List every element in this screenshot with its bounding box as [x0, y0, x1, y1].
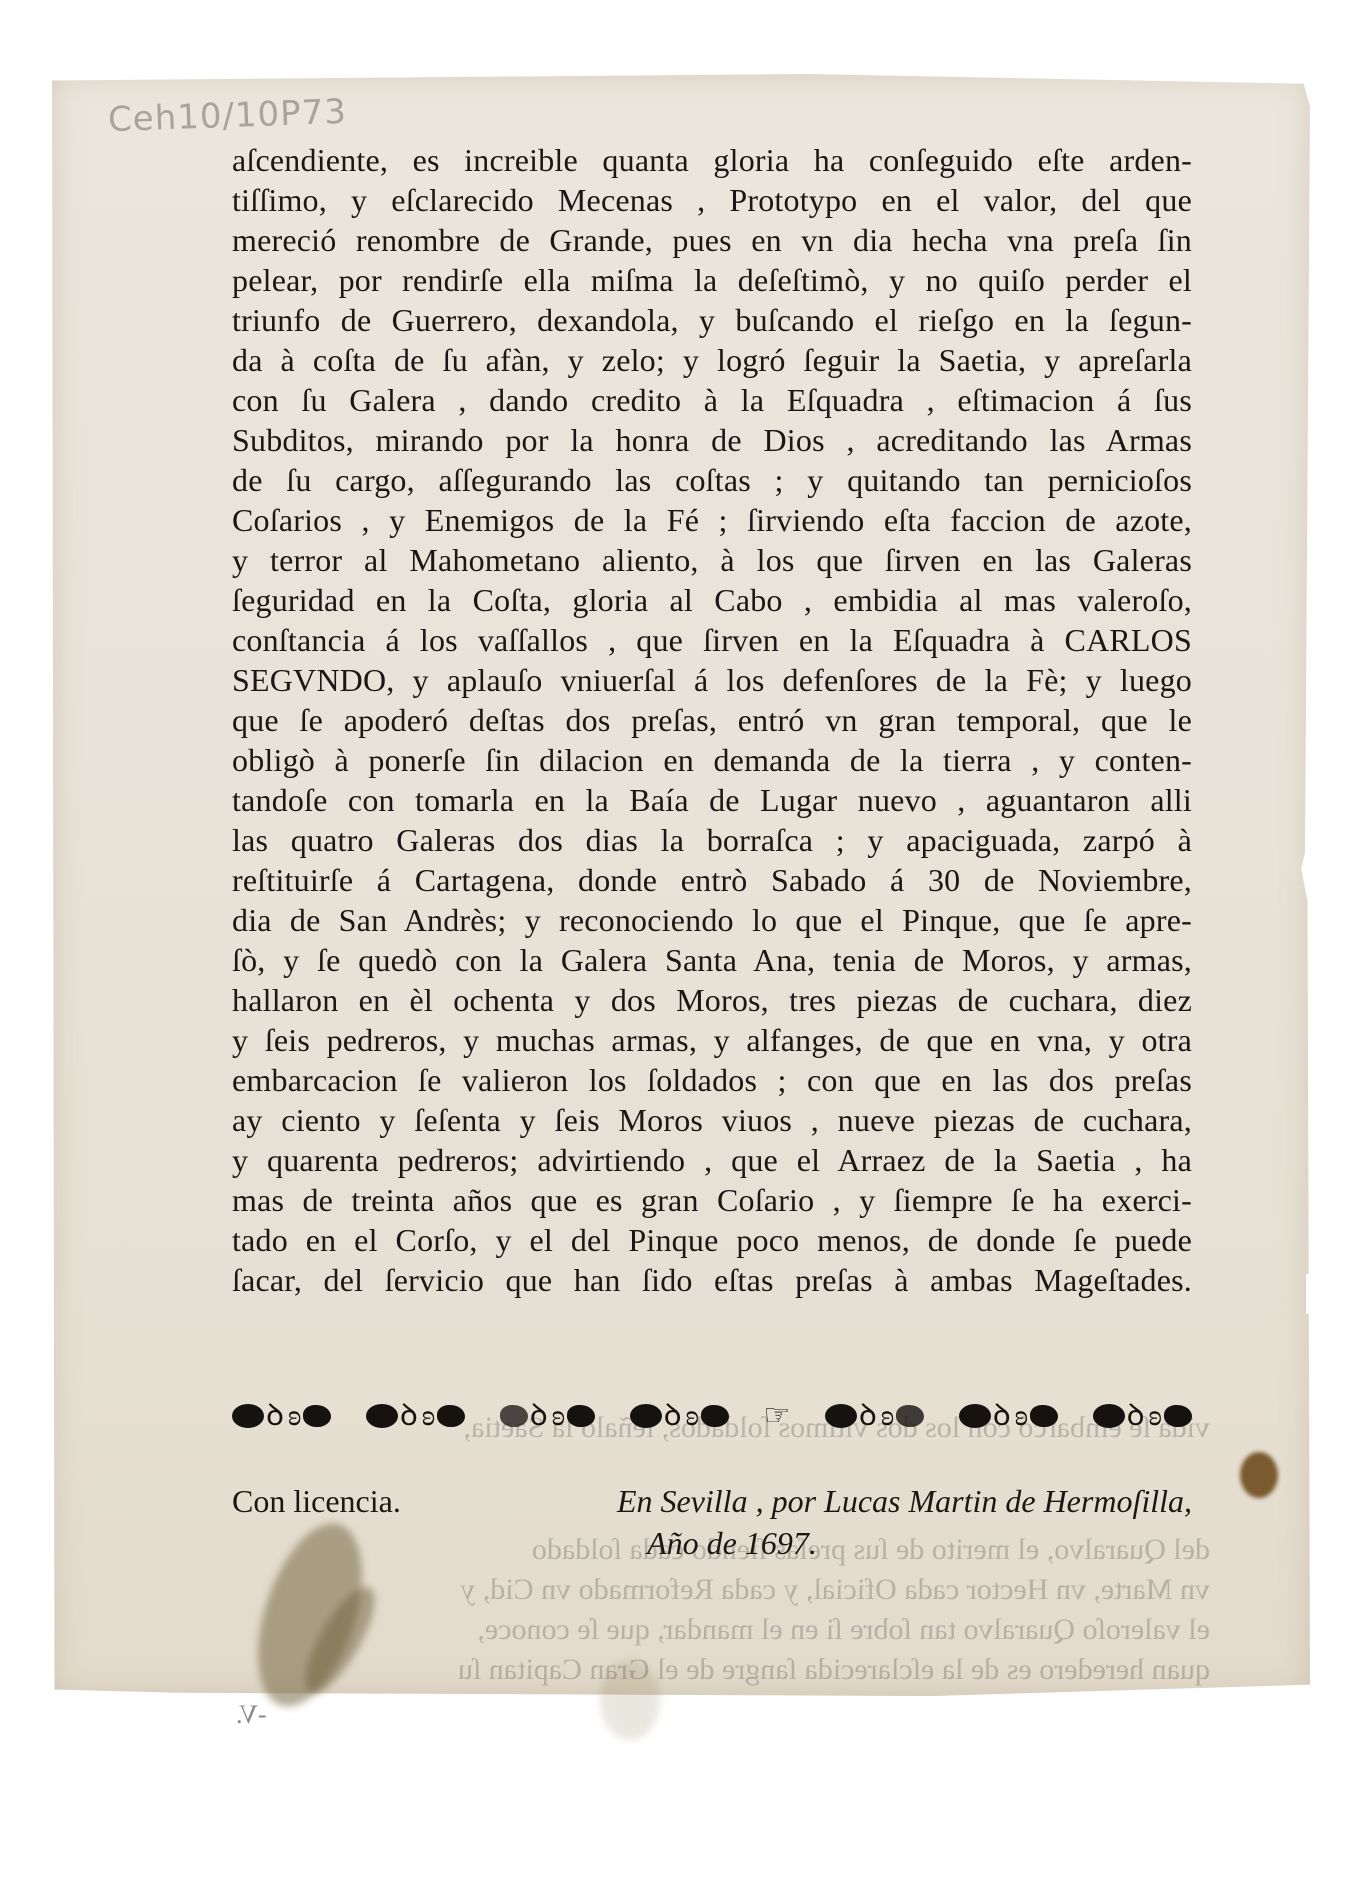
text-line: que ſe apoderó deſtas dos preſas, entró … [232, 700, 1192, 740]
imprint-year: Año de 1697. [232, 1522, 1192, 1564]
pointing-hand-icon: ☞ [763, 1401, 790, 1431]
text-line: las quatro Galeras dos dias la borraſca … [232, 820, 1192, 860]
fleuron-border: ꝺʚ ꝺʚ ꝺʚ ꝺʚ ☞ ꝺʚ ꝺʚ ꝺʚ [232, 1398, 1192, 1434]
text-line: tiſſimo, y eſclarecido Mecenas , Prototy… [232, 180, 1192, 220]
text-line: ay ciento y ſeſenta y ſeis Moros viuos ,… [232, 1100, 1192, 1140]
licence-statement: Con licencia. [232, 1480, 401, 1522]
text-line: ſeguridad en la Coſta, gloria al Cabo , … [232, 580, 1192, 620]
show-through-line: el valeroſo Quaralvo tan ſobre ſi en el … [230, 1610, 1210, 1650]
text-line: aſcendiente, es increible quanta gloria … [232, 140, 1192, 180]
text-line: conſtancia á los vaſſallos , que ſirven … [232, 620, 1192, 660]
fleuron-ornament: ꝺʚ [630, 1401, 729, 1431]
text-line: hallaron en èl ochenta y dos Moros, tres… [232, 980, 1192, 1020]
text-line: tado en el Corſo, y el del Pinque poco m… [232, 1220, 1192, 1260]
text-line: reſtituirſe á Cartagena, donde entrò Sab… [232, 860, 1192, 900]
text-line: embarcacion ſe valieron los ſoldados ; c… [232, 1060, 1192, 1100]
text-line: dia de San Andrès; y reconociendo lo que… [232, 900, 1192, 940]
imprint: Con licencia. En Sevilla , por Lucas Mar… [232, 1480, 1192, 1564]
ink-blot [1240, 1452, 1278, 1498]
edge-tear [1306, 1274, 1314, 1314]
text-line: y quarenta pedreros; advirtiendo , que e… [232, 1140, 1192, 1180]
text-line: y terror al Mahometano aliento, à los qu… [232, 540, 1192, 580]
fleuron-ornament: ꝺʚ [232, 1401, 331, 1431]
fleuron-ornament: ꝺʚ [500, 1401, 595, 1431]
fleuron-ornament: ꝺʚ [366, 1401, 465, 1431]
text-line: Coſarios , y Enemigos de la Fé ; ſirvien… [232, 500, 1192, 540]
show-through-line: vn Marte, vn Hector cada Oficial, y cada… [230, 1570, 1210, 1610]
text-line: Subditos, mirando por la honra de Dios ,… [232, 420, 1192, 460]
show-through-line: quan heredero es de la eſclarecida ſangr… [230, 1650, 1210, 1690]
text-line: triunfo de Guerrero, dexandola, y buſcan… [232, 300, 1192, 340]
fleuron-ornament: ꝺʚ [825, 1401, 924, 1431]
text-line: con ſu Galera , dando credito à la Eſqua… [232, 380, 1192, 420]
text-line: ſacar, del ſervicio que han ſido eſtas p… [232, 1260, 1192, 1300]
accession-mark: Ceh10/10P73 [107, 92, 347, 140]
body-text: aſcendiente, es increible quanta gloria … [232, 140, 1192, 1300]
text-line: pelear, por rendirſe ella miſma la deſeſ… [232, 260, 1192, 300]
catchword-mirror: -V. [236, 1700, 267, 1730]
text-line: y ſeis pedreros, y muchas armas, y alfan… [232, 1020, 1192, 1060]
text-line: mas de treinta años que es gran Coſario … [232, 1180, 1192, 1220]
text-line: de ſu cargo, aſſegurando las coſtas ; y … [232, 460, 1192, 500]
text-line: SEGVNDO, y aplauſo vniuerſal á los defen… [232, 660, 1192, 700]
fleuron-ornament: ꝺʚ [1093, 1401, 1192, 1431]
fleuron-ornament: ꝺʚ [959, 1401, 1058, 1431]
text-line: tandoſe con tomarla en la Baía de Lugar … [232, 780, 1192, 820]
text-line: obligò à ponerſe ſin dilacion en demanda… [232, 740, 1192, 780]
text-line: ſò, y ſe quedò con la Galera Santa Ana, … [232, 940, 1192, 980]
printer-statement: En Sevilla , por Lucas Martin de Hermoſi… [617, 1480, 1192, 1522]
text-line: mereció renombre de Grande, pues en vn d… [232, 220, 1192, 260]
text-line: da à coſta de ſu afàn, y zelo; y logró ſ… [232, 340, 1192, 380]
